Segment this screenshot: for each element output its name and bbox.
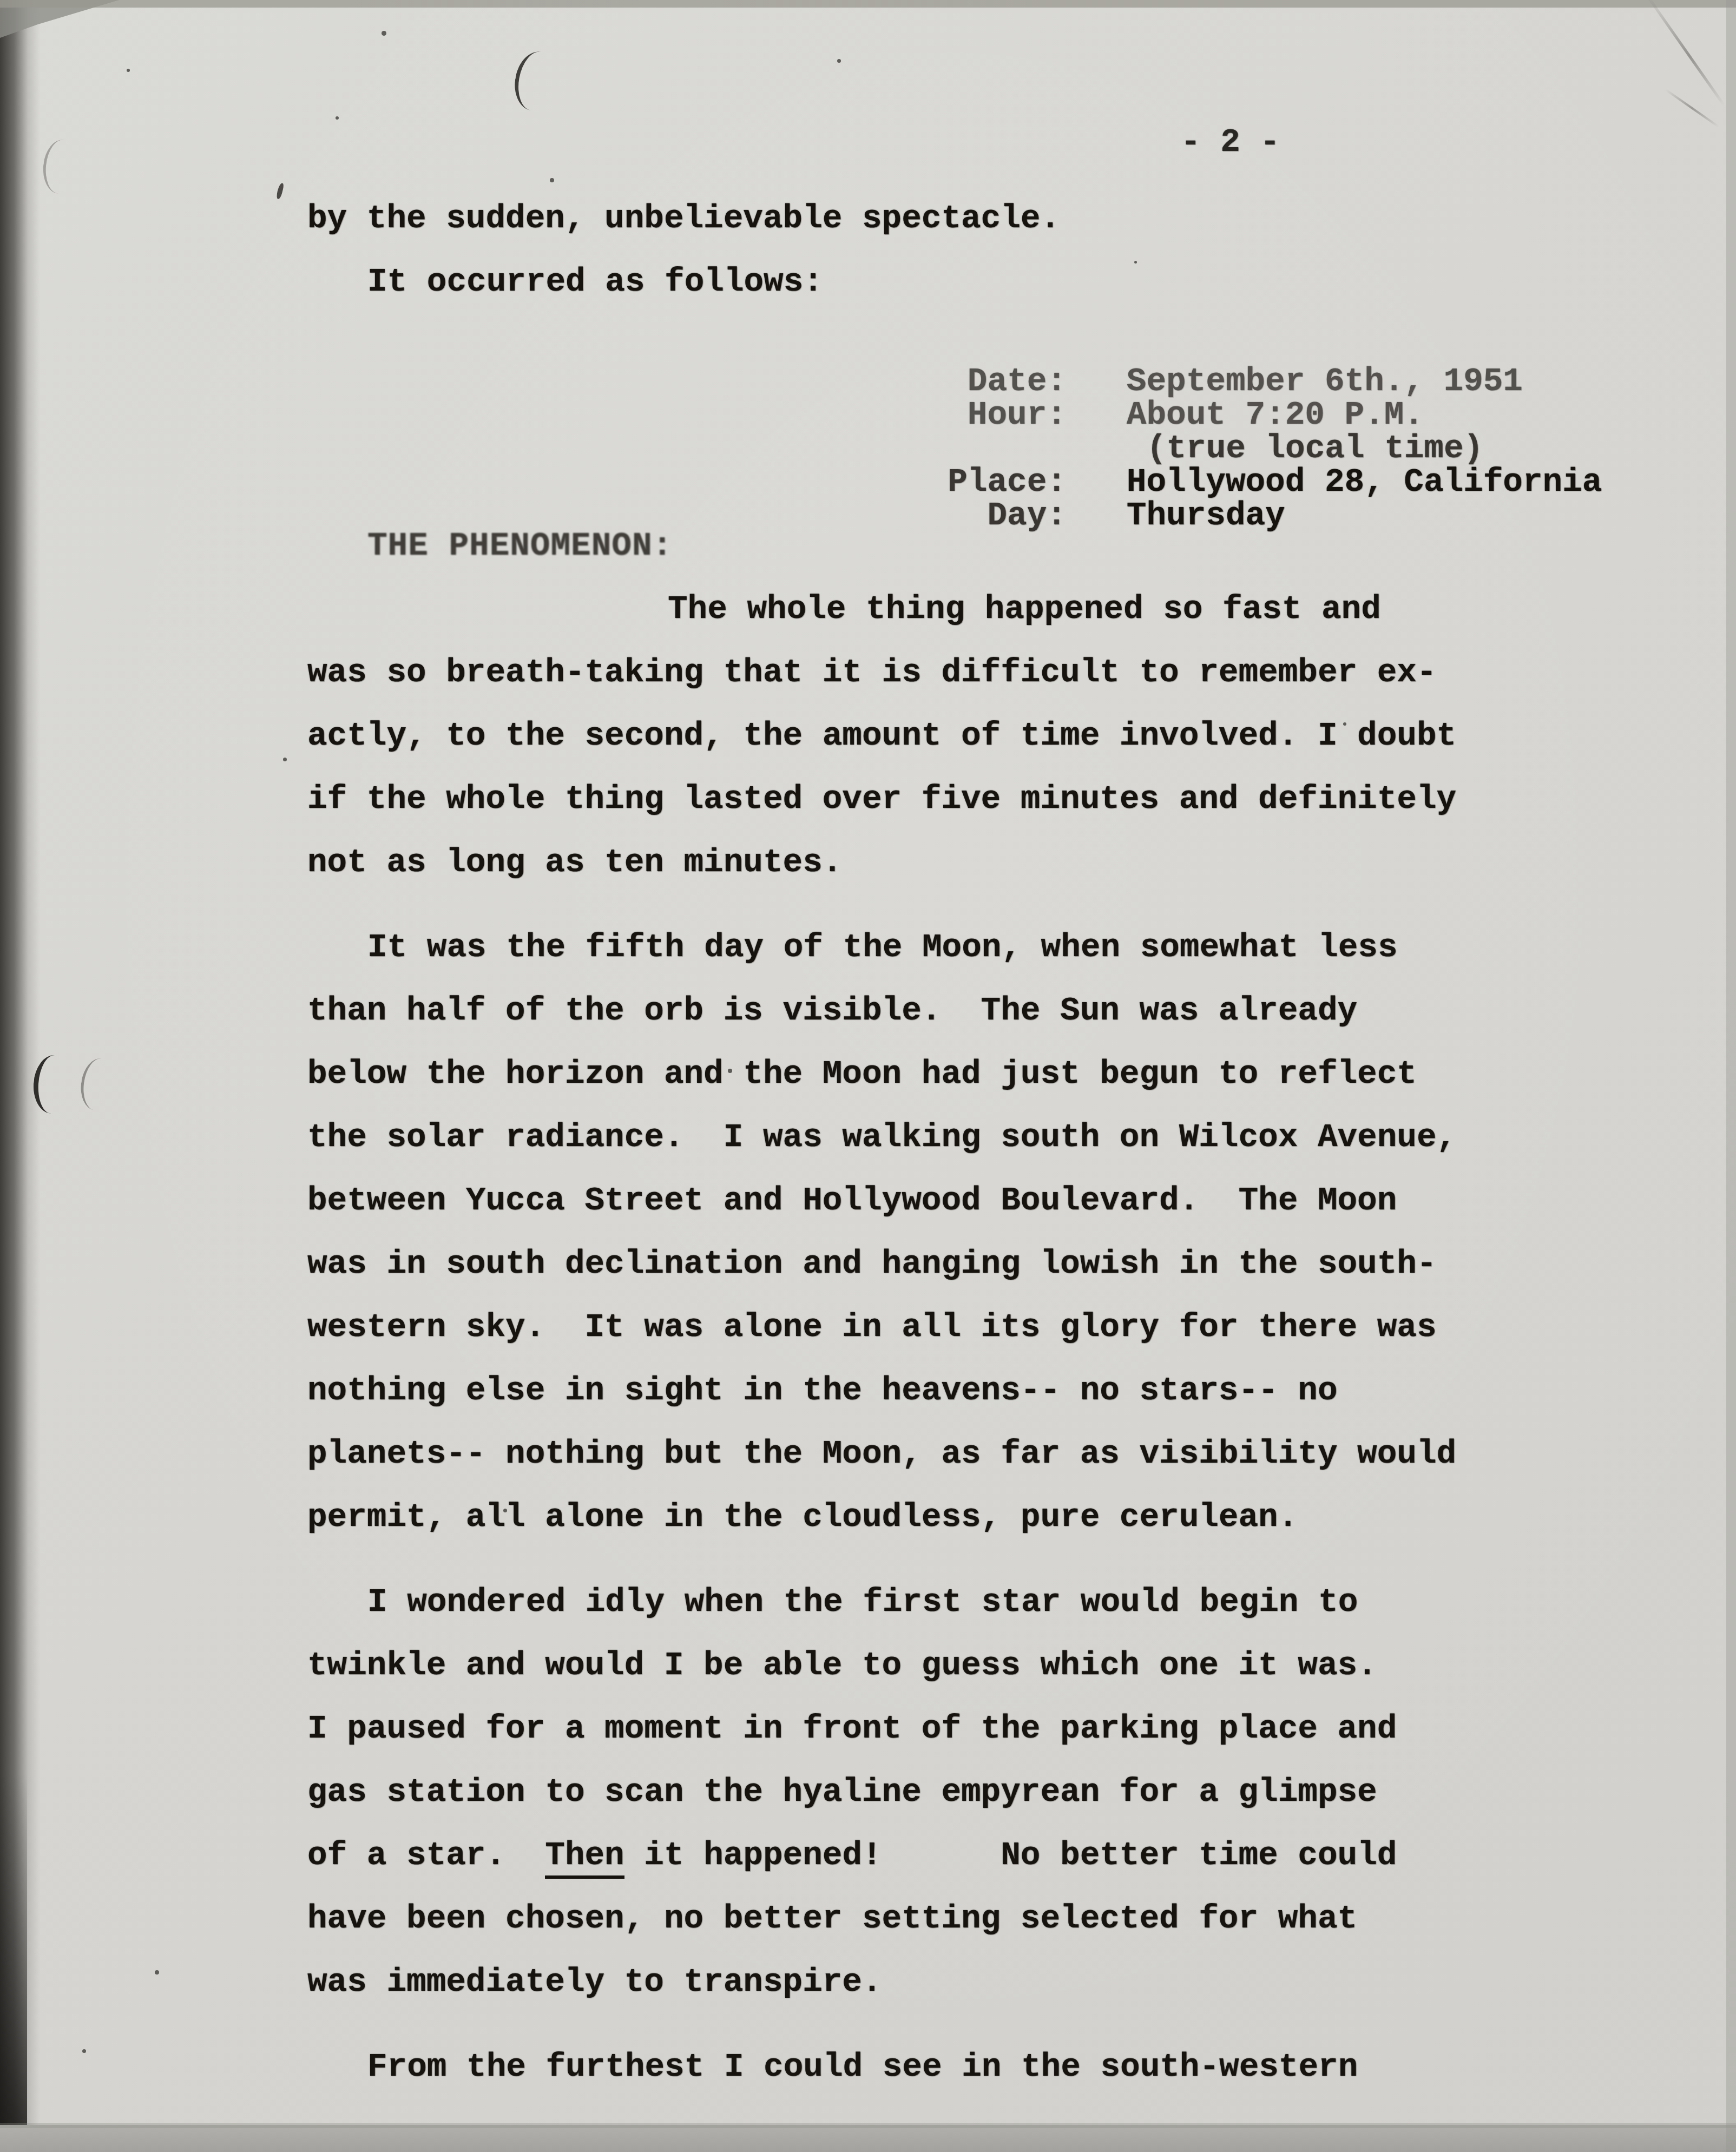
page-number: - 2 - — [1181, 111, 1280, 174]
ink-speck — [155, 1970, 159, 1975]
ink-speck — [283, 758, 287, 761]
typed-line: From the furthest I could see in the sou… — [307, 2036, 1628, 2099]
typed-line: have been chosen, no better setting sele… — [307, 1887, 1628, 1951]
typed-line: It occurred as follows: — [307, 251, 1628, 314]
typed-segment: it happened! No better time could — [624, 1837, 1397, 1874]
ink-speck — [82, 2049, 86, 2053]
paragraph-phenomenon-intro: The whole thing happened so fast and was… — [307, 578, 1628, 894]
typed-line: I paused for a moment in front of the pa… — [307, 1697, 1628, 1761]
typed-line: not as long as ten minutes. — [307, 831, 1628, 894]
typed-line: western sky. It was alone in all its glo… — [307, 1296, 1628, 1359]
typed-line: by the sudden, unbelievable spectacle. — [307, 187, 1628, 251]
typed-content: by the sudden, unbelievable spectacle. I… — [307, 187, 1628, 2099]
typed-line: was immediately to transpire. — [307, 1951, 1628, 2014]
typed-line: below the horizon and the Moon had just … — [307, 1043, 1628, 1106]
typed-line: twinkle and would I be able to guess whi… — [307, 1634, 1628, 1697]
typed-line: It was the fifth day of the Moon, when s… — [307, 916, 1628, 979]
section-heading: THE PHENOMENON: — [307, 515, 1628, 578]
ink-speck — [382, 31, 386, 36]
ink-speck — [837, 59, 841, 63]
typed-line-then-it-happened: of a star. Then it happened! No better t… — [307, 1824, 1628, 1887]
detail-value: Hollywood 28, California — [1067, 464, 1602, 501]
scan-edge-left-shadow — [0, 1773, 27, 2152]
typed-line: nothing else in sight in the heavens-- n… — [307, 1359, 1628, 1423]
typed-line: if the whole thing lasted over five minu… — [307, 768, 1628, 831]
underlined-word: Then — [545, 1837, 624, 1879]
typed-line: permit, all alone in the cloudless, pure… — [307, 1486, 1628, 1549]
scan-edge-bottom-crease — [0, 2123, 1736, 2128]
typed-line: gas station to scan the hyaline empyrean… — [307, 1761, 1628, 1824]
ink-speck — [550, 178, 554, 182]
typed-segment: of a star. — [307, 1837, 545, 1874]
detail-row-date: Date:September 6th., 1951 — [307, 332, 1628, 365]
typed-line: was so breath-taking that it is difficul… — [307, 641, 1628, 705]
paragraph-moon-description: It was the fifth day of the Moon, when s… — [307, 916, 1628, 1549]
scan-edge-top — [0, 0, 1736, 8]
typed-line: between Yucca Street and Hollywood Boule… — [307, 1169, 1628, 1233]
detail-row-true-local-time: (true local time) — [307, 399, 1628, 432]
paragraph-first-star: I wondered idly when the first star woul… — [307, 1571, 1628, 2014]
detail-row-hour: Hour:About 7:20 P.M. — [307, 365, 1628, 399]
typed-line: was in south declination and hanging low… — [307, 1233, 1628, 1296]
detail-label: Place: — [466, 466, 1067, 499]
scan-edge-bottom — [0, 2125, 1736, 2152]
paragraph-from-the-furthest: From the furthest I could see in the sou… — [307, 2036, 1628, 2099]
typed-line: The whole thing happened so fast and — [307, 578, 1628, 641]
typed-line: actly, to the second, the amount of time… — [307, 705, 1628, 768]
detail-value: (true local time) — [1067, 430, 1483, 468]
ink-speck — [336, 116, 339, 120]
sighting-details-block: Date:September 6th., 1951 Hour:About 7:2… — [307, 332, 1628, 499]
typed-line: than half of the orb is visible. The Sun… — [307, 979, 1628, 1043]
typed-line: planets-- nothing but the Moon, as far a… — [307, 1423, 1628, 1486]
scan-edge-right — [1726, 0, 1736, 2152]
ink-speck — [127, 69, 130, 72]
typed-line: I wondered idly when the first star woul… — [307, 1571, 1628, 1634]
typed-line: the solar radiance. I was walking south … — [307, 1106, 1628, 1169]
